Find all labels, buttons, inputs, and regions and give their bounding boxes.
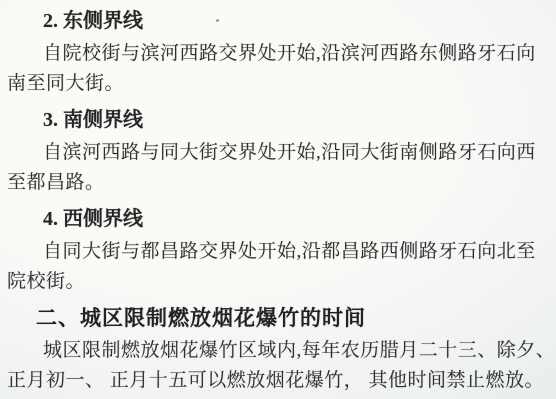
document-page: 2. 东侧界线 自院校街与滨河西路交界处开始,沿滨河西路东侧路牙石向 南至同大街…	[0, 0, 556, 399]
section-west-boundary: 4. 西侧界线 自同大街与都昌路交界处开始,沿都昌路西侧路牙石向北至 院校街。	[7, 206, 548, 295]
paragraph-line: 南至同大街。	[7, 71, 548, 97]
paragraph-line: 院校街。	[7, 269, 548, 295]
south-boundary-heading: 3. 南侧界线	[43, 107, 548, 133]
restricted-time-heading: 二、城区限制燃放烟花爆竹的时间	[36, 305, 548, 331]
paragraph-line: 自滨河西路与同大街交界处开始,沿同大街南侧路牙石向西	[43, 140, 548, 166]
east-boundary-heading: 2. 东侧界线	[43, 8, 548, 34]
paragraph-line: 城区限制燃放烟花爆竹区域内,每年农历腊月二十三、除夕、	[43, 338, 548, 364]
paragraph-line: 自同大街与都昌路交界处开始,沿都昌路西侧路牙石向北至	[43, 239, 548, 265]
section-restricted-time: 二、城区限制燃放烟花爆竹的时间 城区限制燃放烟花爆竹区域内,每年农历腊月二十三、…	[7, 305, 548, 394]
paragraph-line: 至都昌路。	[7, 170, 548, 196]
section-south-boundary: 3. 南侧界线 自滨河西路与同大街交界处开始,沿同大街南侧路牙石向西 至都昌路。	[7, 107, 548, 196]
section-east-boundary: 2. 东侧界线 自院校街与滨河西路交界处开始,沿滨河西路东侧路牙石向 南至同大街…	[7, 8, 548, 97]
west-boundary-heading: 4. 西侧界线	[43, 206, 548, 232]
scan-speck	[216, 19, 219, 22]
paragraph-line: 自院校街与滨河西路交界处开始,沿滨河西路东侧路牙石向	[43, 41, 548, 67]
paragraph-line: 正月初一、 正月十五可以燃放烟花爆竹， 其他时间禁止燃放。	[7, 368, 548, 394]
